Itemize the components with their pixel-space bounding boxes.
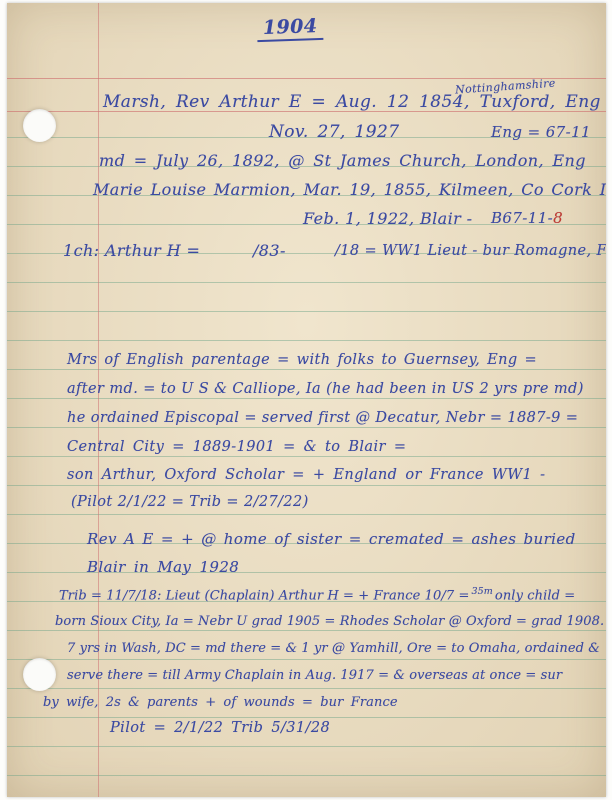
bio-line-5: son Arthur, Oxford Scholar = + England o… xyxy=(67,467,545,483)
son-note-line-3: 7 yrs in Wash, DC = md there = & 1 yr @ … xyxy=(67,641,600,656)
son-note-line-1: Trib = 11/7/18: Lieut (Chaplain) Arthur … xyxy=(59,586,575,603)
bio-line-6: (Pilot 2/1/22 = Trib = 2/27/22) xyxy=(71,494,309,510)
scanned-ledger-page: 1904 Nottinghamshire Marsh, Rev Arthur E… xyxy=(0,0,612,800)
son-note-line-2: born Sioux City, Ia = Nebr U grad 1905 =… xyxy=(55,614,604,629)
death-date-line: Nov. 27, 1927 xyxy=(269,122,399,142)
plot-code-red-digit: 8 xyxy=(553,209,563,227)
burial-plot-code: B67-11-8 xyxy=(491,209,563,227)
child-label: 1ch: Arthur H = xyxy=(63,241,200,260)
bio-line-3: he ordained Episcopal = served first @ D… xyxy=(67,410,578,426)
child-birth-year: /83- xyxy=(253,241,286,260)
ledger-paper: 1904 Nottinghamshire Marsh, Rev Arthur E… xyxy=(7,3,606,797)
son-line-1-text-b: only child = xyxy=(495,588,575,603)
bio-line-2: after md. = to U S & Calliope, Ia (he ha… xyxy=(67,381,584,397)
name-birth-line: Marsh, Rev Arthur E = Aug. 12 1854, Tuxf… xyxy=(103,92,601,112)
age-note: Eng = 67-11 xyxy=(491,123,591,141)
son-line-1-text-a: Trib = 11/7/18: Lieut (Chaplain) Arthur … xyxy=(59,588,470,603)
plot-code-blue: B67-11- xyxy=(491,209,553,227)
child-death-note: /18 = WW1 Lieut - bur Romagne, France xyxy=(335,243,606,259)
son-line-1-superscript: 35m xyxy=(472,586,493,597)
wife-death-line: Feb. 1, 1922, Blair - xyxy=(303,209,472,228)
bio-line-1: Mrs of English parentage = with folks to… xyxy=(67,352,537,368)
son-note-line-5: by wife, 2s & parents + of wounds = bur … xyxy=(43,695,398,710)
handwritten-content: 1904 Nottinghamshire Marsh, Rev Arthur E… xyxy=(7,3,606,797)
death-note-line-1: Rev A E = + @ home of sister = cremated … xyxy=(87,530,576,548)
death-note-line-2: Blair in May 1928 xyxy=(87,558,239,576)
son-note-line-6: Pilot = 2/1/22 Trib 5/31/28 xyxy=(110,720,330,736)
bio-line-4: Central City = 1889-1901 = & to Blair = xyxy=(67,439,406,455)
marriage-line: md = July 26, 1892, @ St James Church, L… xyxy=(99,151,586,170)
son-note-line-4: serve there = till Army Chaplain in Aug.… xyxy=(67,668,562,683)
year-heading: 1904 xyxy=(257,15,324,42)
wife-line: Marie Louise Marmion, Mar. 19, 1855, Kil… xyxy=(93,180,606,199)
